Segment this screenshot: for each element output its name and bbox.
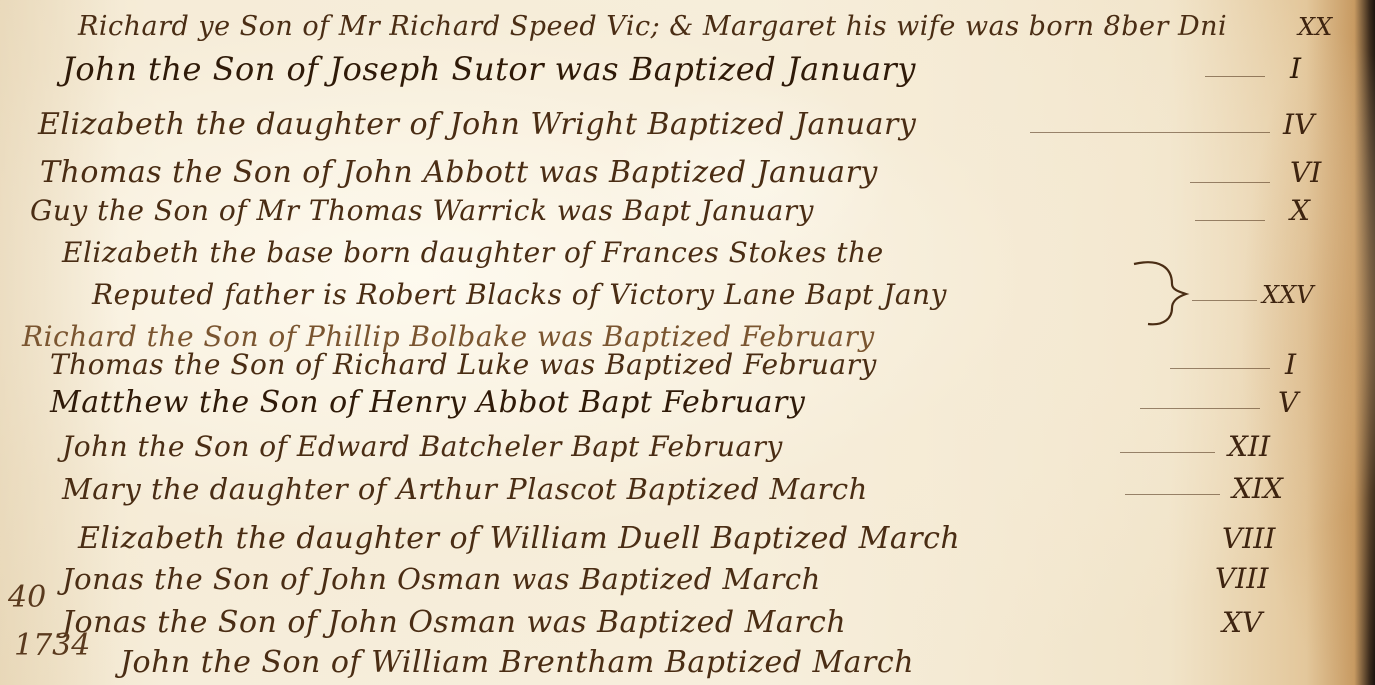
entry-day: XX	[1298, 4, 1332, 50]
register-page: Richard ye Son of Mr Richard Speed Vic; …	[0, 0, 1375, 685]
register-entry: Elizabeth the daughter of John Wright Ba…	[0, 102, 1375, 148]
leader-line	[1192, 300, 1257, 301]
leader-line	[1120, 452, 1215, 453]
register-entry: John the Son of Edward Batcheler Bapt Fe…	[0, 424, 1375, 470]
entry-text: Guy the Son of Mr Thomas Warrick was Bap…	[30, 188, 814, 234]
register-entry: Matthew the Son of Henry Abbot Bapt Febr…	[0, 380, 1375, 426]
register-entry: John the Son of William Brentham Baptize…	[0, 640, 1375, 685]
entry-day: XIX	[1232, 466, 1283, 512]
entry-day: VIII	[1215, 556, 1268, 602]
entry-text: Matthew the Son of Henry Abbot Bapt Febr…	[50, 380, 805, 426]
entry-text: John the Son of Joseph Sutor was Baptize…	[62, 46, 916, 92]
entry-day: X	[1290, 188, 1310, 234]
entry-day: XXV	[1262, 272, 1314, 318]
leader-line	[1190, 182, 1270, 183]
entry-text: Elizabeth the base born daughter of Fran…	[62, 230, 884, 276]
entry-text: Jonas the Son of John Osman was Baptized…	[62, 556, 821, 602]
entry-day: I	[1290, 46, 1301, 92]
entry-day: XII	[1228, 424, 1270, 470]
leader-line	[1195, 220, 1265, 221]
leader-line	[1140, 408, 1260, 409]
register-entry: John the Son of Joseph Sutor was Baptize…	[0, 46, 1375, 92]
leader-line	[1205, 76, 1265, 77]
entry-text: John the Son of Edward Batcheler Bapt Fe…	[62, 424, 783, 470]
margin-page-number: 40	[8, 580, 46, 615]
register-entry: Richard ye Son of Mr Richard Speed Vic; …	[0, 4, 1375, 50]
entry-day: IV	[1283, 102, 1314, 148]
entry-text: Richard ye Son of Mr Richard Speed Vic; …	[78, 4, 1227, 50]
entry-text: Mary the daughter of Arthur Plascot Bapt…	[62, 466, 868, 512]
entry-day: V	[1278, 380, 1298, 426]
leader-line	[1125, 494, 1220, 495]
leader-line	[1170, 368, 1270, 369]
register-entry: Jonas the Son of John Osman was Baptized…	[0, 556, 1375, 602]
entry-text: Reputed father is Robert Blacks of Victo…	[92, 272, 947, 318]
register-entry: Guy the Son of Mr Thomas Warrick was Bap…	[0, 188, 1375, 234]
margin-year: 1734	[14, 628, 90, 663]
leader-line	[1030, 132, 1270, 133]
register-entry: Mary the daughter of Arthur Plascot Bapt…	[0, 466, 1375, 512]
entry-text: John the Son of William Brentham Baptize…	[120, 640, 914, 685]
entry-text: Elizabeth the daughter of John Wright Ba…	[38, 102, 916, 148]
